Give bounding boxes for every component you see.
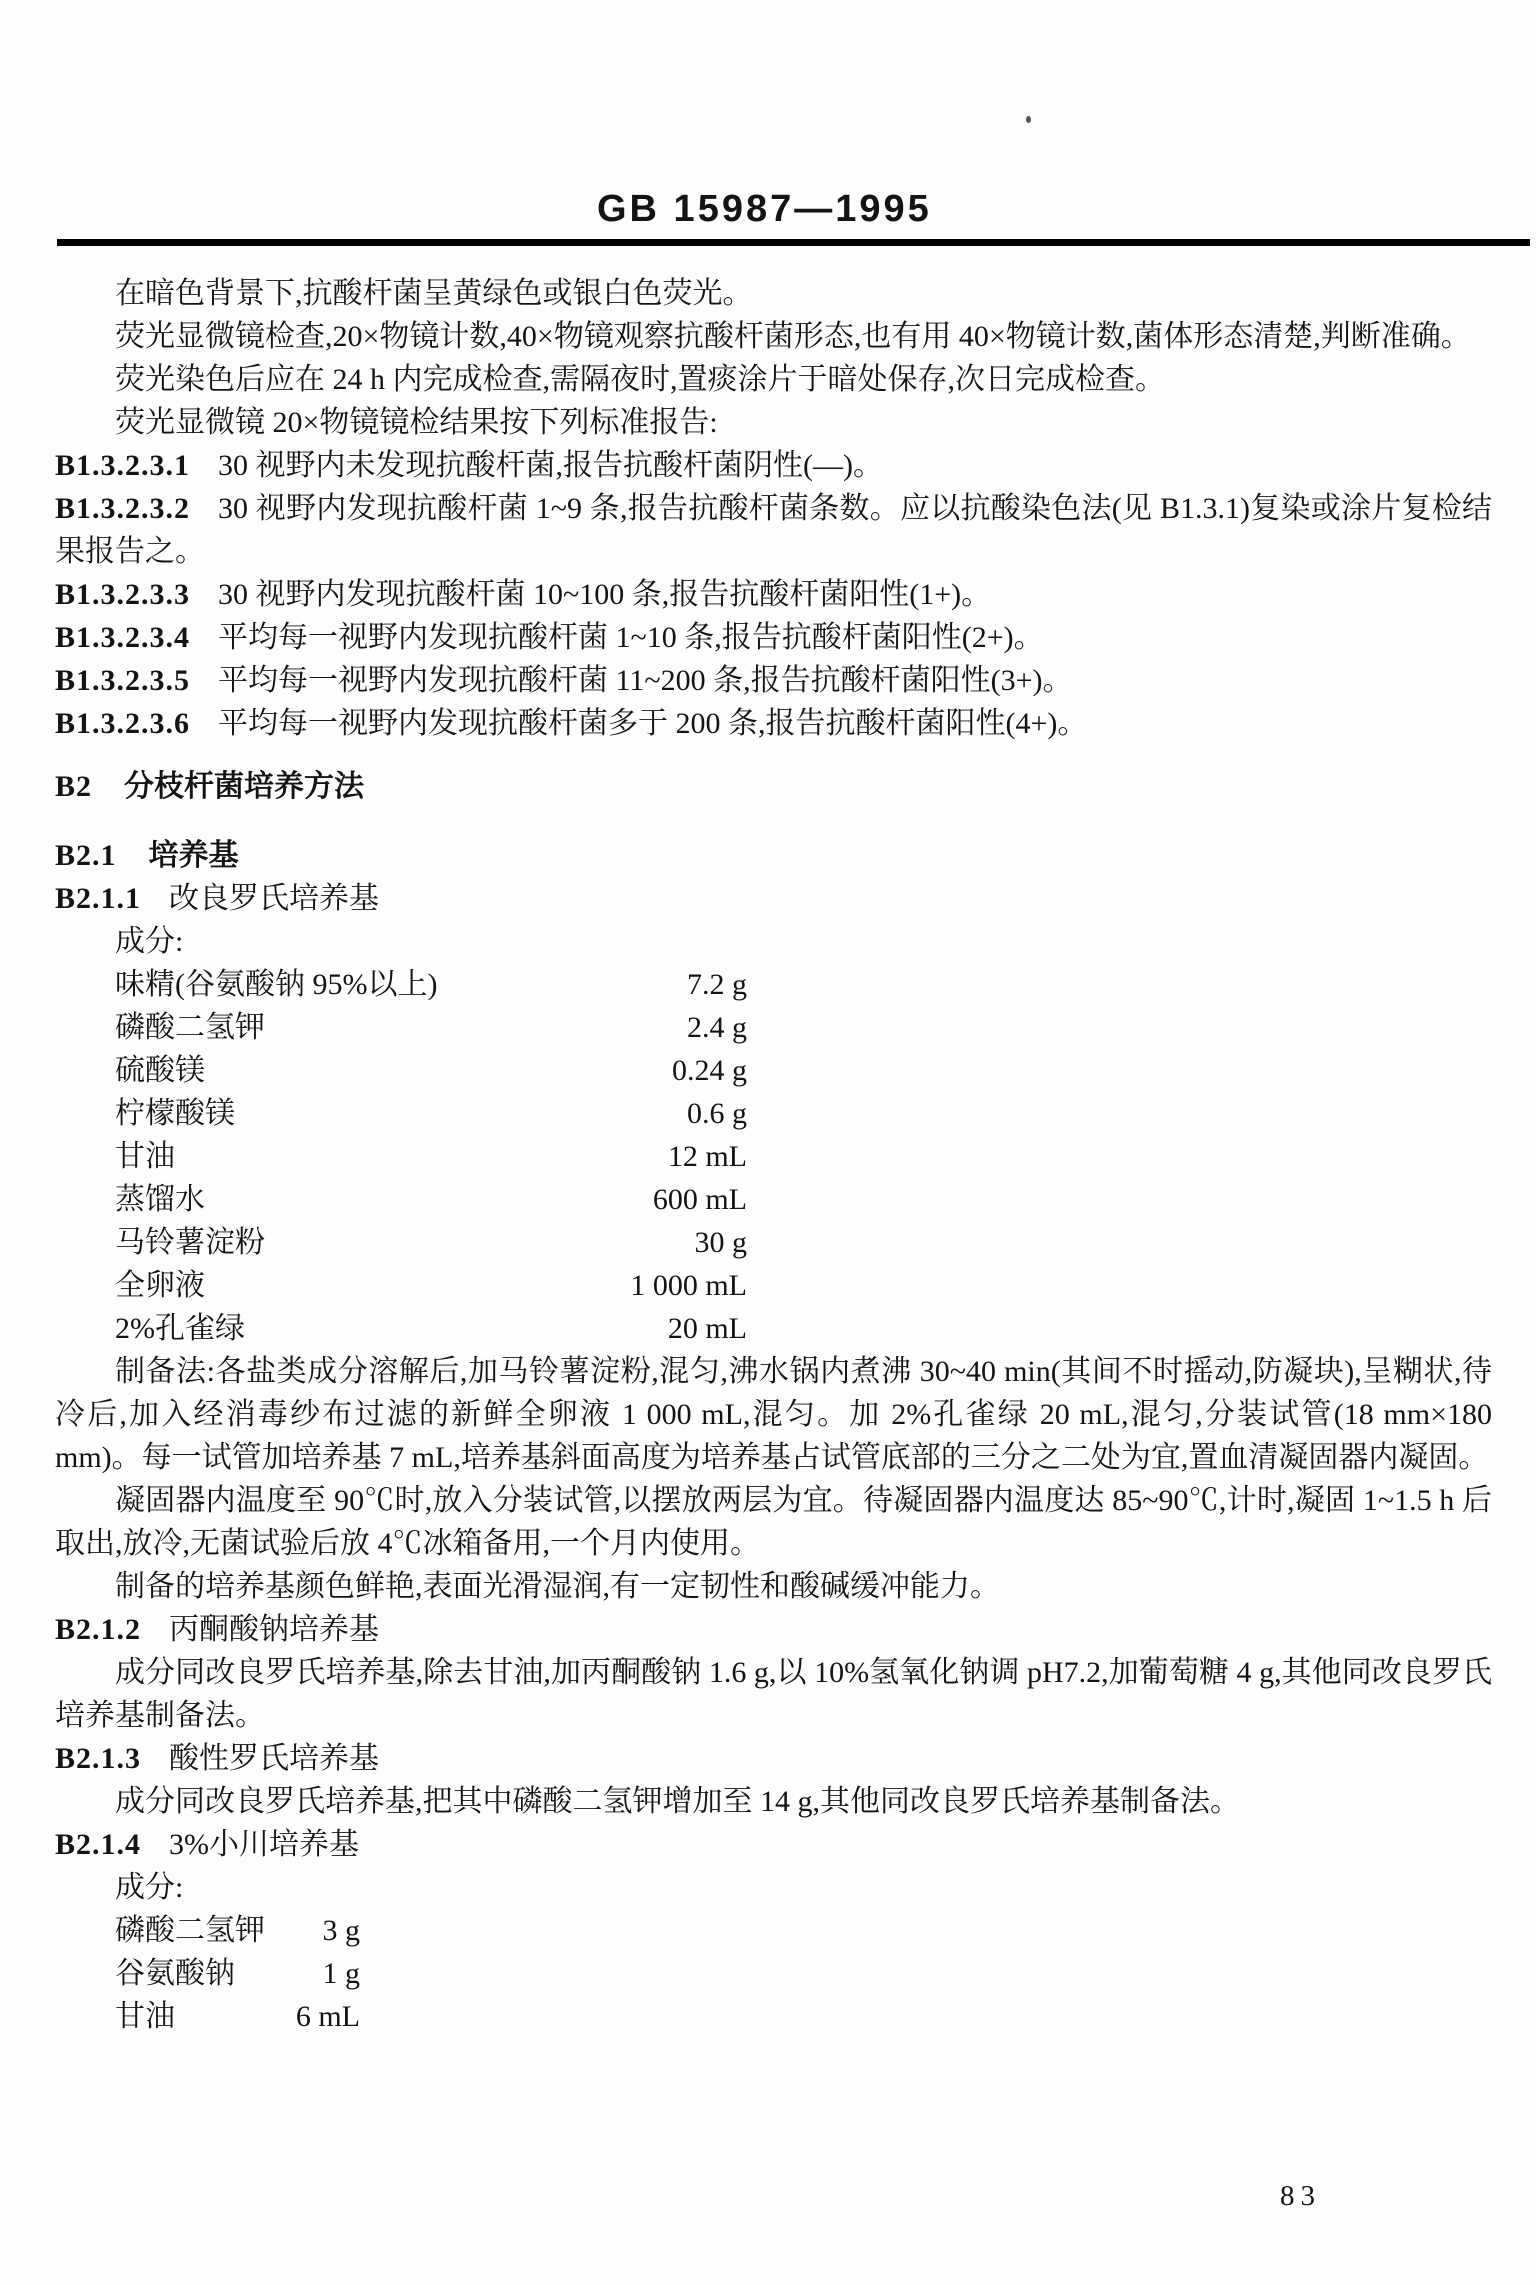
clause-text: 平均每一视野内发现抗酸杆菌 11~200 条,报告抗酸杆菌阳性(3+)。 bbox=[218, 664, 1073, 697]
clause-text: 平均每一视野内发现抗酸杆菌 1~10 条,报告抗酸杆菌阳性(2+)。 bbox=[218, 621, 1044, 654]
component-name: 2%孔雀绿 bbox=[115, 1307, 668, 1350]
section-number: B2.1.1 bbox=[55, 882, 141, 915]
component-name: 磷酸二氢钾 bbox=[115, 1909, 323, 1952]
component-amount: 1 000 mL bbox=[630, 1264, 747, 1307]
paragraph-quality: 制备的培养基颜色鲜艳,表面光滑湿润,有一定韧性和酸碱缓冲能力。 bbox=[55, 1565, 1492, 1608]
component-amount: 30 g bbox=[695, 1221, 748, 1264]
component-amount: 7.2 g bbox=[687, 963, 747, 1006]
clause-number: B1.3.2.3.2 bbox=[55, 492, 190, 525]
section-heading-b2-1-2: B2.1.2丙酮酸钠培养基 bbox=[55, 1608, 1492, 1651]
component-amount: 2.4 g bbox=[687, 1006, 747, 1049]
clause-number: B1.3.2.3.4 bbox=[55, 621, 190, 654]
paragraph-within-24h: 荧光染色后应在 24 h 内完成检查,需隔夜时,置痰涂片于暗处保存,次日完成检查… bbox=[55, 358, 1492, 401]
report-clause: B1.3.2.3.6平均每一视野内发现抗酸杆菌多于 200 条,报告抗酸杆菌阳性… bbox=[55, 702, 1492, 745]
clause-text: 30 视野内发现抗酸杆菌 1~9 条,报告抗酸杆菌条数。应以抗酸染色法(见 B1… bbox=[55, 492, 1492, 568]
component-name: 全卵液 bbox=[115, 1264, 630, 1307]
components-label: 成分: bbox=[55, 920, 1492, 963]
paragraph-fluorescence-appearance: 在暗色背景下,抗酸杆菌呈黄绿色或银白色荧光。 bbox=[55, 272, 1492, 315]
component-amount: 20 mL bbox=[668, 1307, 747, 1350]
section-heading-b2-1-1: B2.1.1改良罗氏培养基 bbox=[55, 877, 1492, 920]
component-amount: 600 mL bbox=[653, 1178, 747, 1221]
component-name: 味精(谷氨酸钠 95%以上) bbox=[115, 963, 687, 1006]
report-clause: B1.3.2.3.4平均每一视野内发现抗酸杆菌 1~10 条,报告抗酸杆菌阳性(… bbox=[55, 616, 1492, 659]
section-title: 丙酮酸钠培养基 bbox=[169, 1613, 379, 1646]
clause-text: 平均每一视野内发现抗酸杆菌多于 200 条,报告抗酸杆菌阳性(4+)。 bbox=[218, 707, 1087, 740]
header-rule bbox=[57, 239, 1530, 246]
clause-number: B1.3.2.3.6 bbox=[55, 707, 190, 740]
clause-text: 30 视野内发现抗酸杆菌 10~100 条,报告抗酸杆菌阳性(1+)。 bbox=[218, 578, 991, 611]
section-title: 改良罗氏培养基 bbox=[169, 882, 379, 915]
paragraph-preparation: 制备法:各盐类成分溶解后,加马铃薯淀粉,混匀,沸水锅内煮沸 30~40 min(… bbox=[55, 1350, 1492, 1479]
component-name: 甘油 bbox=[115, 1995, 296, 2038]
component-row: 马铃薯淀粉30 g bbox=[55, 1221, 747, 1264]
component-row: 谷氨酸钠1 g bbox=[55, 1952, 360, 1995]
component-amount: 0.24 g bbox=[672, 1049, 747, 1092]
section-heading-b2-1: B2.1培养基 bbox=[55, 834, 1492, 877]
paragraph-report-standard: 荧光显微镜 20×物镜镜检结果按下列标准报告: bbox=[55, 401, 1492, 444]
component-name: 马铃薯淀粉 bbox=[115, 1221, 695, 1264]
component-amount: 0.6 g bbox=[687, 1092, 747, 1135]
component-row: 磷酸二氢钾3 g bbox=[55, 1909, 360, 1952]
component-amount: 1 g bbox=[323, 1952, 361, 1995]
section-title: 3%小川培养基 bbox=[169, 1828, 359, 1861]
component-amount: 12 mL bbox=[668, 1135, 747, 1178]
scan-speck bbox=[1026, 116, 1031, 123]
section-title: 培养基 bbox=[149, 839, 239, 872]
section-number: B2.1 bbox=[55, 839, 117, 872]
report-clause: B1.3.2.3.230 视野内发现抗酸杆菌 1~9 条,报告抗酸杆菌条数。应以… bbox=[55, 487, 1492, 573]
section-number: B2.1.2 bbox=[55, 1613, 141, 1646]
section-number: B2.1.4 bbox=[55, 1828, 141, 1861]
clause-number: B1.3.2.3.5 bbox=[55, 664, 190, 697]
section-heading-b2-1-3: B2.1.3酸性罗氏培养基 bbox=[55, 1737, 1492, 1780]
report-clause: B1.3.2.3.5平均每一视野内发现抗酸杆菌 11~200 条,报告抗酸杆菌阳… bbox=[55, 659, 1492, 702]
report-clause: B1.3.2.3.330 视野内发现抗酸杆菌 10~100 条,报告抗酸杆菌阳性… bbox=[55, 573, 1492, 616]
component-name: 磷酸二氢钾 bbox=[115, 1006, 687, 1049]
component-name: 硫酸镁 bbox=[115, 1049, 672, 1092]
component-name: 谷氨酸钠 bbox=[115, 1952, 323, 1995]
page-number: 83 bbox=[1280, 2180, 1321, 2213]
component-row: 硫酸镁0.24 g bbox=[55, 1049, 747, 1092]
standard-number-header: GB 15987—1995 bbox=[597, 188, 932, 231]
document-page: GB 15987—1995 在暗色背景下,抗酸杆菌呈黄绿色或银白色荧光。 荧光显… bbox=[0, 0, 1536, 2285]
component-name: 柠檬酸镁 bbox=[115, 1092, 687, 1135]
component-name: 蒸馏水 bbox=[115, 1178, 653, 1221]
component-row: 味精(谷氨酸钠 95%以上)7.2 g bbox=[55, 963, 747, 1006]
component-name: 甘油 bbox=[115, 1135, 668, 1178]
paragraph-b2-1-3: 成分同改良罗氏培养基,把其中磷酸二氢钾增加至 14 g,其他同改良罗氏培养基制备… bbox=[55, 1780, 1492, 1823]
body-text-column: 在暗色背景下,抗酸杆菌呈黄绿色或银白色荧光。 荧光显微镜检查,20×物镜计数,4… bbox=[55, 272, 1492, 2038]
components-label: 成分: bbox=[55, 1866, 1492, 1909]
paragraph-b2-1-2: 成分同改良罗氏培养基,除去甘油,加丙酮酸钠 1.6 g,以 10%氢氧化钠调 p… bbox=[55, 1651, 1492, 1737]
section-title: 酸性罗氏培养基 bbox=[169, 1742, 379, 1775]
section-heading-b2-1-4: B2.1.43%小川培养基 bbox=[55, 1823, 1492, 1866]
component-row: 甘油6 mL bbox=[55, 1995, 360, 2038]
component-row: 全卵液1 000 mL bbox=[55, 1264, 747, 1307]
component-amount: 3 g bbox=[323, 1909, 361, 1952]
clause-number: B1.3.2.3.1 bbox=[55, 449, 190, 482]
report-clause: B1.3.2.3.130 视野内未发现抗酸杆菌,报告抗酸杆菌阴性(—)。 bbox=[55, 444, 1492, 487]
component-row: 柠檬酸镁0.6 g bbox=[55, 1092, 747, 1135]
component-row: 蒸馏水600 mL bbox=[55, 1178, 747, 1221]
section-number: B2.1.3 bbox=[55, 1742, 141, 1775]
section-heading-b2: B2分枝杆菌培养方法 bbox=[55, 765, 1492, 808]
component-amount: 6 mL bbox=[296, 1995, 360, 2038]
component-row: 甘油12 mL bbox=[55, 1135, 747, 1178]
paragraph-microscope-check: 荧光显微镜检查,20×物镜计数,40×物镜观察抗酸杆菌形态,也有用 40×物镜计… bbox=[55, 315, 1492, 358]
clause-text: 30 视野内未发现抗酸杆菌,报告抗酸杆菌阴性(—)。 bbox=[218, 449, 883, 482]
section-title: 分枝杆菌培养方法 bbox=[124, 770, 364, 803]
clause-number: B1.3.2.3.3 bbox=[55, 578, 190, 611]
paragraph-coagulation: 凝固器内温度至 90℃时,放入分装试管,以摆放两层为宜。待凝固器内温度达 85~… bbox=[55, 1479, 1492, 1565]
component-row: 磷酸二氢钾2.4 g bbox=[55, 1006, 747, 1049]
section-number: B2 bbox=[55, 770, 92, 803]
component-row: 2%孔雀绿20 mL bbox=[55, 1307, 747, 1350]
